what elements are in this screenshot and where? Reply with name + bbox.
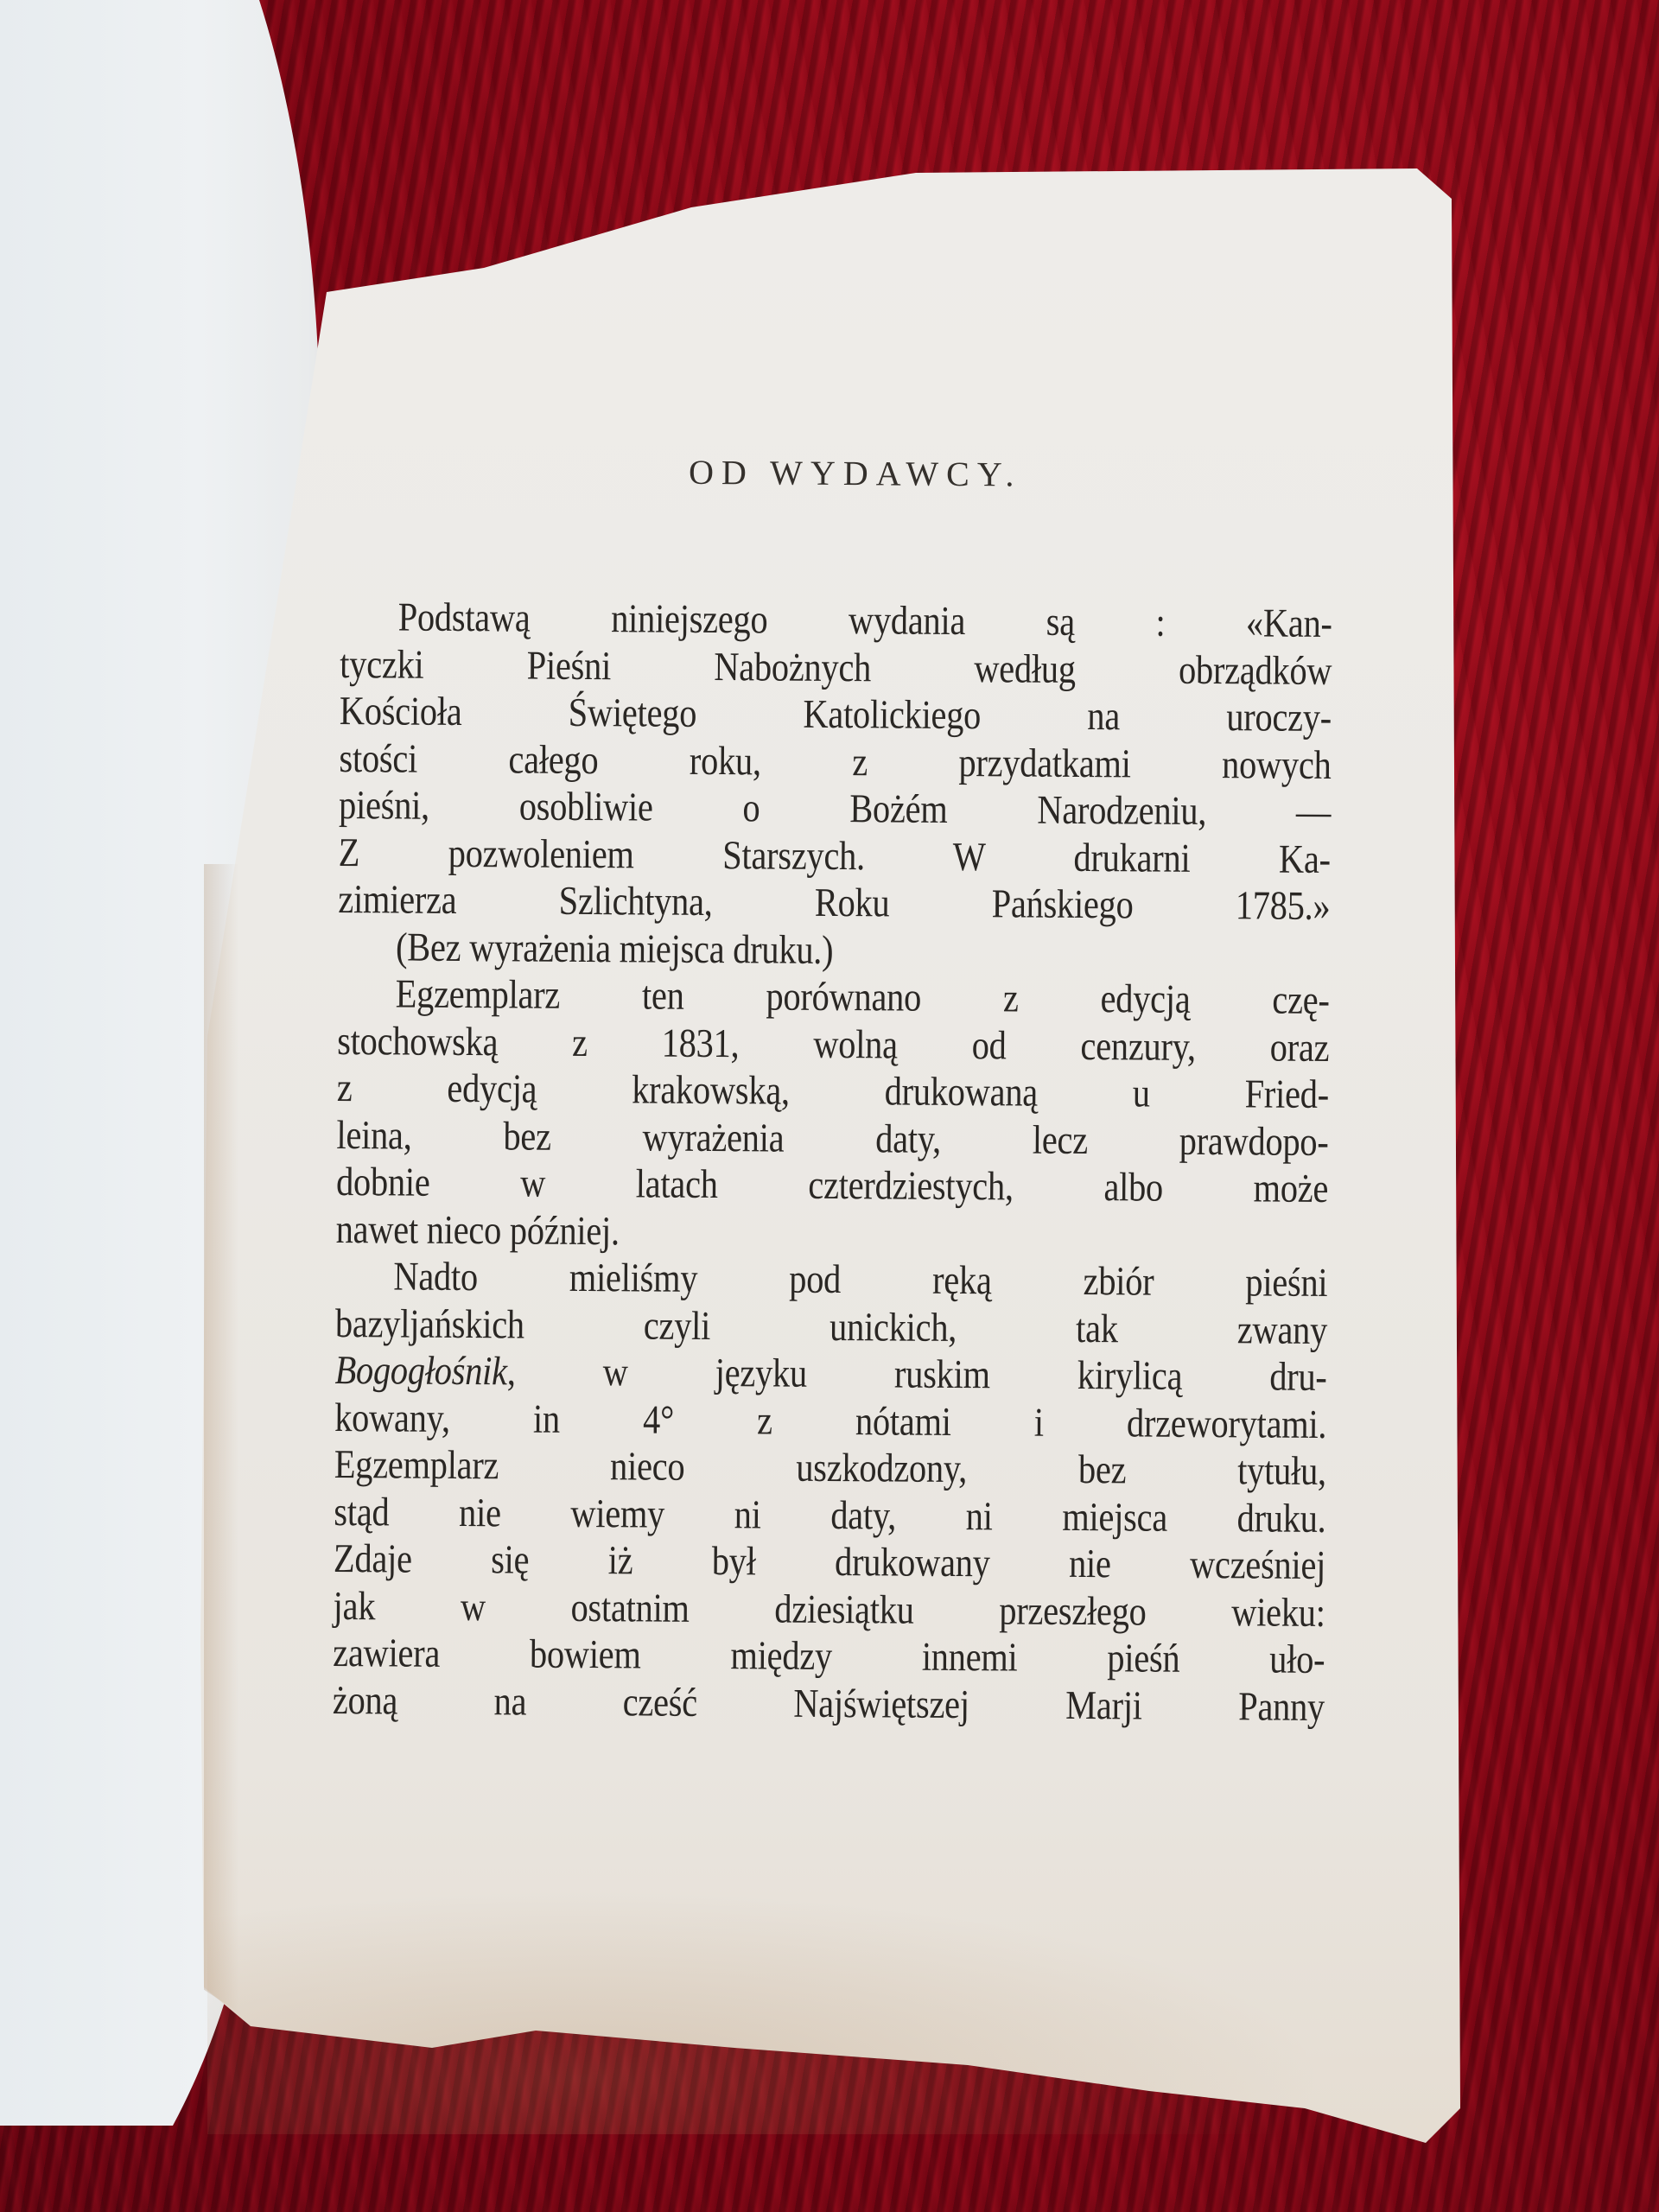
paragraph-3: Nadto mieliśmy pod ręką zbiór pieśni baz…: [333, 1253, 1330, 1731]
text-fragment: , w języku ruskim kirylicą dru-: [507, 1349, 1327, 1400]
text-line: Z pozwoleniem Starszych. W drukarni Ka-: [339, 829, 1331, 883]
text-line: kowany, in 4° z nótami i drzeworytami.: [334, 1394, 1326, 1448]
paragraph-2: Egzemplarz ten porównano z edycją czę- s…: [336, 970, 1332, 1260]
text-line: Nadto mieliśmy pod ręką zbiór pieśni: [335, 1253, 1327, 1307]
text-line: żoną na cześć Najświętszej Marji Panny: [333, 1676, 1325, 1731]
text-line: jak w ostatnim dziesiątku przeszłego wie…: [333, 1582, 1325, 1637]
text-line: nawet nieco później.: [336, 1205, 1328, 1260]
page-text-block: OD WYDAWCY. Podstawą niniejszego wydania…: [333, 449, 1335, 1731]
paragraph-1: Podstawą niniejszego wydania są : «Kan- …: [338, 594, 1334, 977]
text-line: Egzemplarz ten porównano z edycją czę-: [337, 970, 1329, 1025]
show-through-text: ​: [5, 468, 30, 585]
text-line: Podstawą niniejszego wydania są : «Kan-: [340, 594, 1332, 648]
text-line: stości całego roku, z przydatkami nowych: [339, 734, 1331, 789]
text-line: stąd nie wiemy ni daty, ni miejsca druku…: [334, 1488, 1325, 1542]
text-line: bazyljańskich czyli unickich, tak zwany: [335, 1300, 1327, 1354]
text-line: leina, bez wyrażenia daty, lecz prawdopo…: [336, 1111, 1328, 1166]
text-line: z edycją krakowską, drukowaną u Fried-: [337, 1065, 1329, 1119]
text-line: Bogogłośnik, w języku ruskim kirylicą dr…: [334, 1347, 1326, 1402]
text-line: pieśni, osobliwie o Bożém Narodzeniu, —: [339, 782, 1331, 836]
text-line: dobnie w latach czterdziestych, albo moż…: [336, 1159, 1328, 1213]
text-line: Egzemplarz nieco uszkodzony, bez tytułu,: [334, 1441, 1326, 1496]
text-line: Zdaje się iż był drukowany nie wcześniej: [334, 1535, 1325, 1590]
text-line: stochowską z 1831, wolną od cenzury, ora…: [337, 1017, 1329, 1071]
italic-title: Bogogłośnik: [334, 1348, 507, 1394]
photo-scene: ​ OD WYDAWCY. Podstawą niniejszego wydan…: [0, 0, 1659, 2212]
text-line: (Bez wyrażenia miejsca druku.): [338, 923, 1330, 977]
text-line: Kościoła Świętego Katolickiego na uroczy…: [340, 688, 1332, 742]
text-line: tyczki Pieśni Nabożnych według obrządków: [340, 640, 1332, 695]
page-heading: OD WYDAWCY.: [376, 449, 1335, 497]
text-line: zawiera bowiem między innemi pieśń uło-: [333, 1630, 1325, 1684]
text-line: zimierza Szlichtyna, Roku Pańskiego 1785…: [338, 876, 1330, 931]
